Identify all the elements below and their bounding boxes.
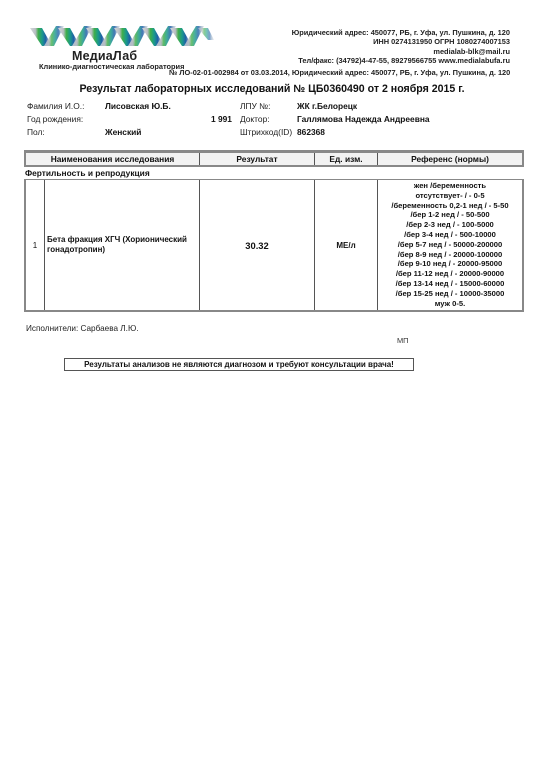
results-table: Наименования исследования Результат Ед. … bbox=[24, 150, 524, 312]
license-line: № ЛО-02-01-002984 от 03.03.2014, Юридиче… bbox=[169, 68, 510, 77]
test-unit: МЕ/л bbox=[315, 180, 378, 312]
col-unit: Ед. изм. bbox=[315, 152, 378, 167]
barcode-value: 862368 bbox=[297, 127, 325, 137]
inn-ogrn: ИНН 0274131950 ОГРН 1080274007153 bbox=[292, 37, 510, 46]
row-number: 1 bbox=[25, 180, 45, 312]
reference-line: /бер 1-2 нед / - 50-500 bbox=[380, 210, 520, 220]
col-result: Результат bbox=[200, 152, 315, 167]
col-reference: Референс (нормы) bbox=[378, 152, 524, 167]
reference-line: /бер 5-7 нед / - 50000-200000 bbox=[380, 240, 520, 250]
test-result: 30.32 bbox=[200, 180, 315, 312]
test-name: Бета фракция ХГЧ (Хорионический гонадотр… bbox=[45, 180, 200, 312]
phone-website: Тел/факс: (34792)4-47-55, 89279566755 ww… bbox=[292, 56, 510, 65]
performers: Исполнители: Сарбаева Л.Ю. bbox=[26, 324, 139, 333]
legal-address: Юридический адрес: 450077, РБ, г. Уфа, у… bbox=[292, 28, 510, 37]
reference-line: муж 0-5. bbox=[380, 299, 520, 309]
page-title: Результат лабораторных исследований № ЦБ… bbox=[0, 83, 544, 95]
reference-line: /бер 11-12 нед / - 20000-90000 bbox=[380, 269, 520, 279]
test-reference: жен /беременность отсутствует- / - 0-5 /… bbox=[378, 180, 524, 312]
dna-helix-icon bbox=[28, 20, 218, 50]
lab-contacts: Юридический адрес: 450077, РБ, г. Уфа, у… bbox=[292, 28, 510, 66]
lpu-label: ЛПУ №: bbox=[240, 101, 270, 111]
sex-label: Пол: bbox=[27, 127, 45, 137]
stamp-placeholder: МП bbox=[397, 336, 408, 345]
table-header-row: Наименования исследования Результат Ед. … bbox=[25, 152, 523, 167]
reference-line: /бер 15-25 нед / - 10000-35000 bbox=[380, 289, 520, 299]
logo-subtitle: Клинико-диагностическая лаборатория bbox=[39, 62, 184, 71]
birth-year-label: Год рождения: bbox=[27, 114, 83, 124]
reference-line: /бер 2-3 нед / - 100-5000 bbox=[380, 220, 520, 230]
doctor-label: Доктор: bbox=[240, 114, 270, 124]
reference-line: /беременность 0,2-1 нед / - 5-50 bbox=[380, 201, 520, 211]
lpu-value: ЖК г.Белорецк bbox=[297, 101, 357, 111]
reference-line: /бер 8-9 нед / - 20000-100000 bbox=[380, 250, 520, 260]
doctor-value: Галлямова Надежда Андреевна bbox=[297, 114, 430, 124]
name-value: Лисовская Ю.Б. bbox=[105, 101, 171, 111]
table-row: 1 Бета фракция ХГЧ (Хорионический гонадо… bbox=[25, 180, 523, 312]
reference-line: /бер 9-10 нед / - 20000-95000 bbox=[380, 259, 520, 269]
reference-line: жен /беременность bbox=[380, 181, 520, 191]
birth-year-value: 1 991 bbox=[211, 114, 232, 124]
reference-line: отсутствует- / - 0-5 bbox=[380, 191, 520, 201]
reference-line: /бер 13-14 нед / - 15000-60000 bbox=[380, 279, 520, 289]
reference-line: /бер 3-4 нед / - 500-10000 bbox=[380, 230, 520, 240]
col-test-name: Наименования исследования bbox=[25, 152, 200, 167]
name-label: Фамилия И.О.: bbox=[27, 101, 84, 111]
disclaimer-box: Результаты анализов не являются диагнозо… bbox=[64, 358, 414, 371]
barcode-label: Штрихкод(ID) bbox=[240, 127, 292, 137]
sex-value: Женский bbox=[105, 127, 141, 137]
medialab-logo: МедиаЛаб Клинико-диагностическая лаборат… bbox=[28, 20, 218, 68]
email: medialab-blk@mail.ru bbox=[292, 47, 510, 56]
logo-name: МедиаЛаб bbox=[72, 49, 137, 63]
section-row: Фертильность и репродукция bbox=[25, 166, 523, 180]
section-title: Фертильность и репродукция bbox=[25, 166, 523, 180]
